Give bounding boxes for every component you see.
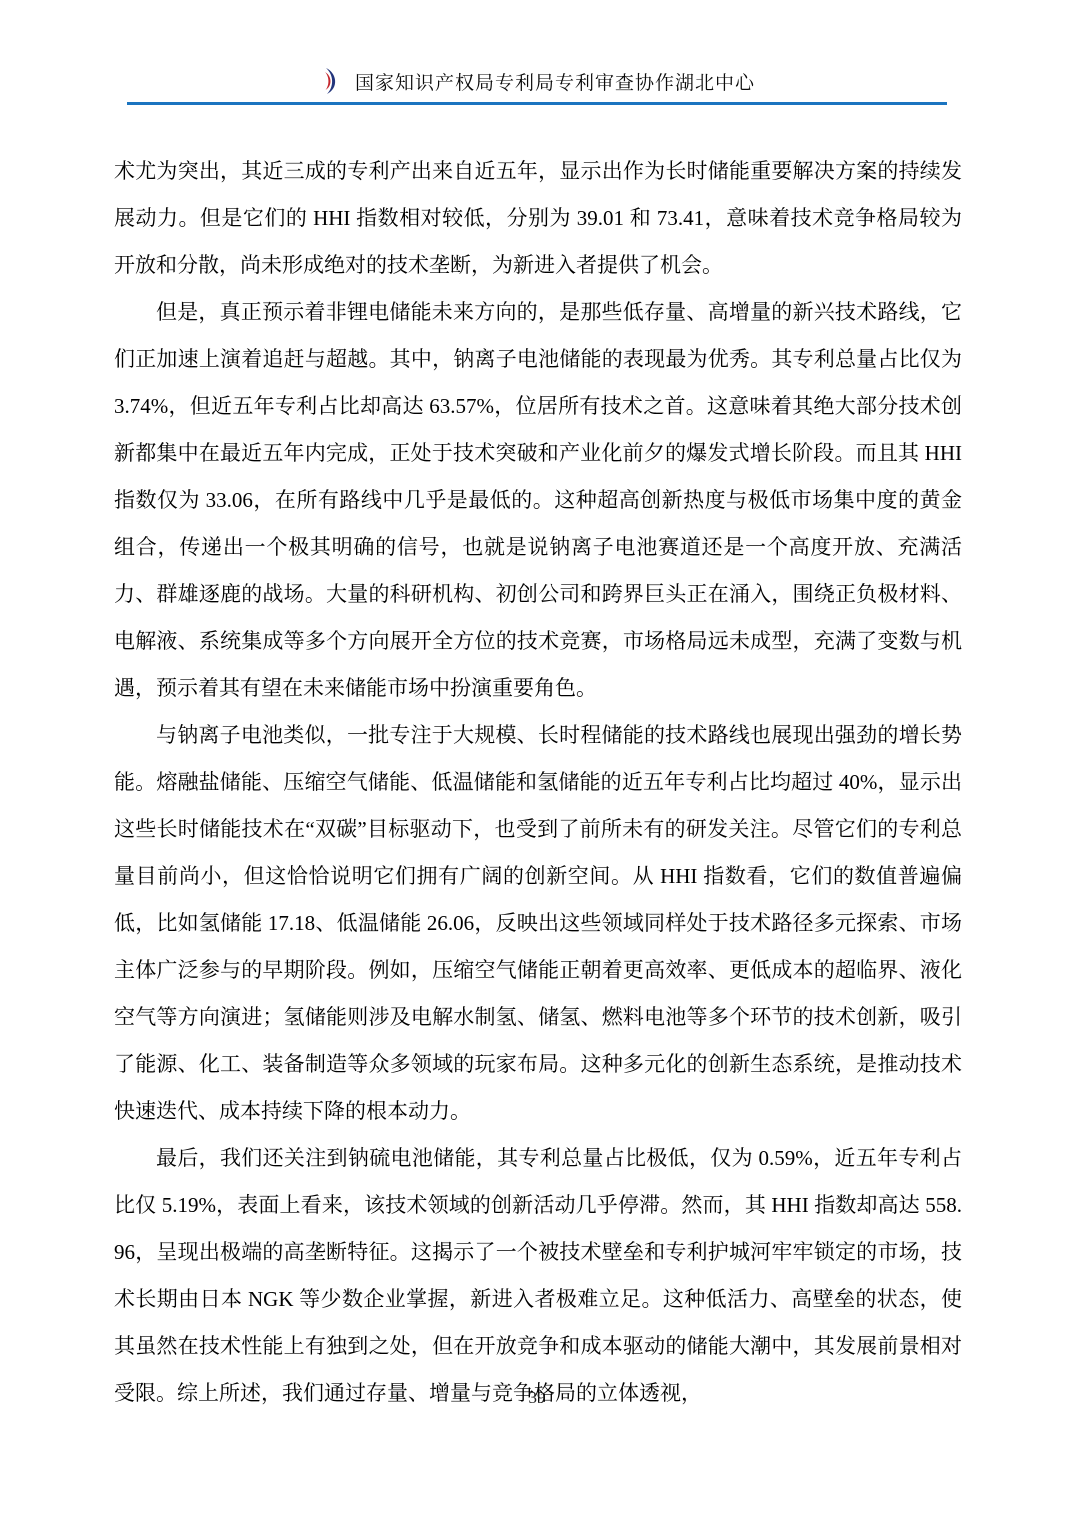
header-title-group: 国家知识产权局专利局专利审查协作湖北中心 — [0, 0, 1074, 96]
page-footer: 39 — [0, 1388, 1074, 1408]
paragraph: 但是，真正预示着非锂电储能未来方向的，是那些低存量、高增量的新兴技术路线，它们正… — [114, 289, 962, 712]
document-page: 国家知识产权局专利局专利审查协作湖北中心 术尤为突出，其近三成的专利产出来自近五… — [0, 0, 1074, 1520]
document-body: 术尤为突出，其近三成的专利产出来自近五年，显示出作为长时储能重要解决方案的持续发… — [114, 148, 962, 1417]
cnipa-logo-icon — [319, 67, 341, 95]
header-rule — [127, 102, 947, 105]
paragraph: 与钠离子电池类似，一批专注于大规模、长时程储能的技术路线也展现出强劲的增长势能。… — [114, 712, 962, 1135]
page-header: 国家知识产权局专利局专利审查协作湖北中心 — [0, 0, 1074, 105]
header-org-name: 国家知识产权局专利局专利审查协作湖北中心 — [355, 68, 755, 95]
page-number: 39 — [529, 1388, 546, 1407]
paragraph: 术尤为突出，其近三成的专利产出来自近五年，显示出作为长时储能重要解决方案的持续发… — [114, 148, 962, 289]
paragraph: 最后，我们还关注到钠硫电池储能，其专利总量占比极低，仅为 0.59%，近五年专利… — [114, 1135, 962, 1417]
